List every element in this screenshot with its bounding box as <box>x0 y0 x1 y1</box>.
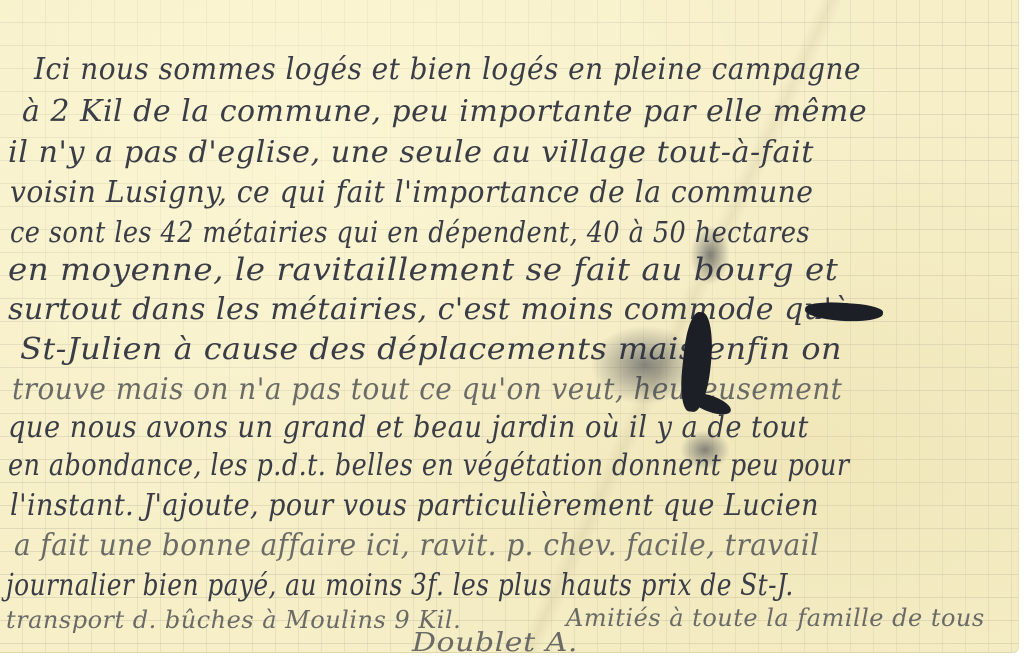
letter-closing: Amitiés à toute la famille de tous <box>566 604 985 632</box>
letter-line-1: Ici nous sommes logés et bien logés en p… <box>34 52 861 87</box>
letter-line-6: en moyenne, le ravitaillement se fait au… <box>8 252 838 288</box>
letter-line-12: l'instant. J'ajoute, pour vous particuli… <box>10 488 819 523</box>
letter-line-2: à 2 Kil de la commune, peu importante pa… <box>22 94 867 129</box>
letter-line-4: voisin Lusigny, ce qui fait l'importance… <box>10 175 813 210</box>
letter-line-7: surtout dans les métairies, c'est moins … <box>8 292 851 327</box>
letter-line-15: transport d. bûches à Moulins 9 Kil. <box>6 606 461 634</box>
letter-line-8: St-Julien à cause des déplacements mais … <box>20 332 842 367</box>
letter-line-11: en abondance, les p.d.t. belles en végét… <box>8 448 849 483</box>
letter-line-14: journalier bien payé, au moins 3f. les p… <box>6 568 794 603</box>
letter-line-10: que nous avons un grand et beau jardin o… <box>8 410 809 445</box>
letter-signature: Doublet A. <box>412 628 578 658</box>
letter-line-3: il n'y a pas d'eglise, une seule au vill… <box>8 135 814 170</box>
letter-line-13: a fait une bonne affaire ici, ravit. p. … <box>14 528 819 563</box>
letter-line-9: trouve mais on n'a pas tout ce qu'on veu… <box>12 372 842 407</box>
letter-paper: Ici nous sommes logés et bien logés en p… <box>0 0 1019 653</box>
letter-line-5: ce sont les 42 métairies qui en dépenden… <box>10 215 810 249</box>
